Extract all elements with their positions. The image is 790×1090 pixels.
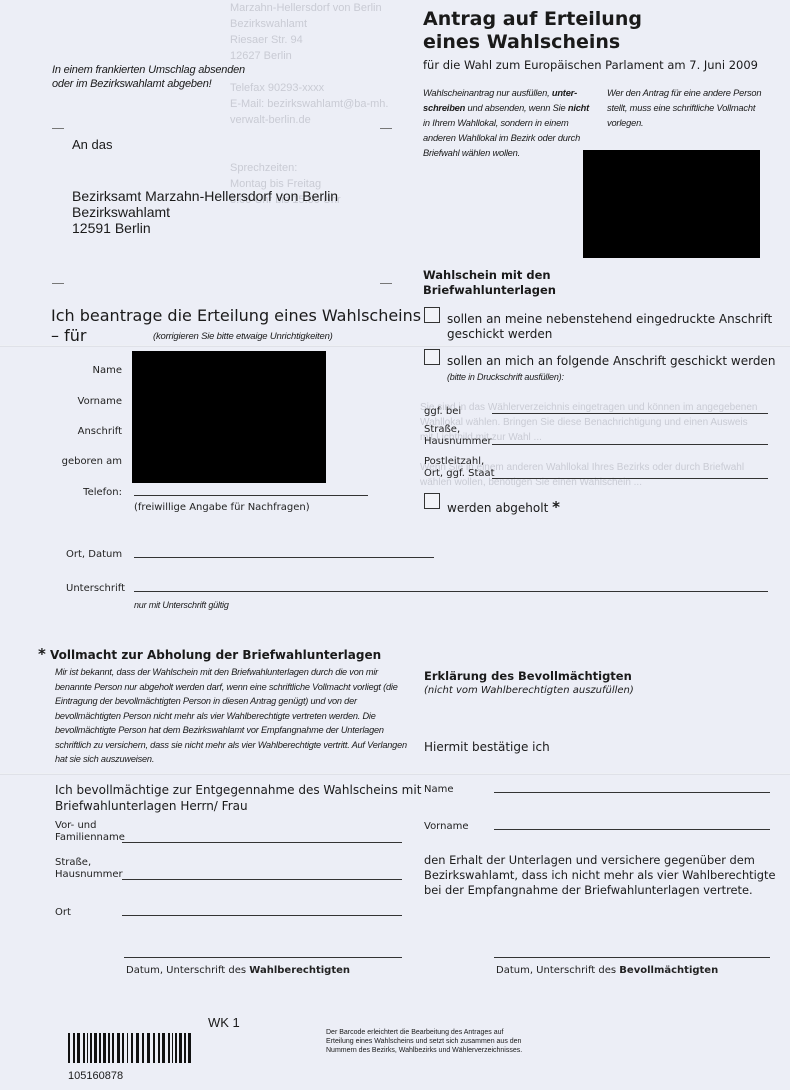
- barcode-bar: [117, 1033, 120, 1063]
- label-declarant-name: Name: [424, 784, 454, 796]
- barcode-bar: [122, 1033, 124, 1063]
- barcode: [68, 1033, 195, 1064]
- barcode-bar: [77, 1033, 80, 1063]
- barcode-bar: [162, 1033, 165, 1063]
- note-text: in Ihrem Wahllokal, sondern in einem and…: [423, 118, 580, 158]
- label-proxy-name: Vor- und Familienname: [55, 820, 125, 844]
- instruction-line: oder im Bezirkswahlamt abgeben!: [52, 77, 245, 91]
- authorization-statement: Ich bevollmächtige zur Entgegennahme des…: [55, 782, 421, 814]
- ggf-bei-field[interactable]: [492, 401, 768, 414]
- label-name: Name: [40, 365, 122, 377]
- label-line: Vor- und: [55, 820, 125, 832]
- voter-signature-line[interactable]: [124, 957, 402, 958]
- confirmation-text: Hiermit bestätige ich: [424, 740, 550, 754]
- fold-line: [0, 773, 790, 775]
- proxy-signature-label: Datum, Unterschrift des Bevollmächtigten: [496, 965, 718, 977]
- label-plz-ort: Postleitzahl, Ort, ggf. Staat: [424, 456, 495, 480]
- checkbox-pickup[interactable]: [424, 493, 440, 509]
- redacted-personal-data: [132, 351, 326, 483]
- correction-hint: (korrigieren Sie bitte etwaige Unrichtig…: [153, 331, 333, 342]
- label-telefon: Telefon:: [40, 487, 122, 499]
- label-line: Straße,: [424, 424, 492, 436]
- barcode-bar: [99, 1033, 101, 1063]
- proxy-ort-field[interactable]: [122, 903, 402, 916]
- recipient-line: Bezirkswahlamt: [72, 204, 338, 220]
- redacted-address-block: [583, 150, 760, 258]
- barcode-bar: [175, 1033, 177, 1063]
- barcode-bar: [127, 1033, 128, 1063]
- show-through-text: Marzahn-Hellersdorf von BerlinBezirkswah…: [230, 0, 389, 208]
- recipient-address: Bezirksamt Marzahn-Hellersdorf von Berli…: [72, 188, 338, 236]
- barcode-bar: [131, 1033, 133, 1063]
- title-line: eines Wahlscheins: [423, 31, 642, 54]
- barcode-bar: [179, 1033, 182, 1063]
- label-declarant-vorname: Vorname: [424, 821, 468, 833]
- barcode-note: Der Barcode erleichtert die Bearbeitung …: [326, 1028, 526, 1055]
- window-mark: [52, 283, 64, 284]
- window-mark: [380, 128, 392, 129]
- barcode-bar: [112, 1033, 114, 1063]
- statement-line: Briefwahlunterlagen Herrn/ Frau: [55, 798, 421, 814]
- barcode-bar: [168, 1033, 170, 1063]
- strasse-field[interactable]: [492, 432, 768, 445]
- barcode-bar: [153, 1033, 155, 1063]
- ort-datum-field[interactable]: [134, 545, 434, 558]
- option-send-to-printed-address: sollen an meine nebenstehend eingedruckt…: [447, 312, 772, 342]
- recipient-line: 12591 Berlin: [72, 220, 338, 236]
- barcode-bar: [87, 1033, 88, 1063]
- barcode-bar: [142, 1033, 144, 1063]
- label-unterschrift: Unterschrift: [66, 583, 125, 595]
- wk-code: WK 1: [208, 1015, 240, 1030]
- mailing-instruction: In einem frankierten Umschlag absenden o…: [52, 63, 245, 91]
- barcode-bar: [94, 1033, 97, 1063]
- delivery-heading: Wahlschein mit den Briefwahlunterlagen: [423, 268, 556, 298]
- label-line: Hausnummer: [55, 869, 123, 881]
- document-subtitle: für die Wahl zum Europäischen Parlament …: [423, 58, 758, 72]
- barcode-bar: [172, 1033, 173, 1063]
- barcode-bar: [108, 1033, 110, 1063]
- option-text: sollen an meine nebenstehend eingedruckt…: [447, 312, 772, 327]
- heading-line: Briefwahlunterlagen: [423, 283, 556, 298]
- barcode-bar: [184, 1033, 186, 1063]
- label-line: Hausnummer: [424, 436, 492, 448]
- asterisk-icon: *: [552, 498, 560, 516]
- telefon-field[interactable]: [134, 483, 368, 496]
- label-text: Datum, Unterschrift des: [496, 965, 619, 976]
- heading-line: Ich beantrage die Erteilung eines Wahlsc…: [51, 306, 421, 326]
- window-mark: [52, 128, 64, 129]
- unterschrift-field[interactable]: [134, 579, 768, 592]
- instruction-line: In einem frankierten Umschlag absenden: [52, 63, 245, 77]
- barcode-bar: [90, 1033, 92, 1063]
- note-text: und absenden, wenn Sie: [465, 103, 568, 113]
- note-emphasis: nicht: [568, 103, 589, 113]
- label-ggf-bei: ggf. bei: [424, 406, 461, 418]
- label-text: Datum, Unterschrift des: [126, 965, 249, 976]
- option-text: werden abgeholt: [447, 501, 548, 515]
- print-hint: (bitte in Druckschrift ausfüllen):: [447, 372, 564, 382]
- recipient-salutation: An das: [72, 137, 112, 152]
- proxy-heading: * Vollmacht zur Abholung der Briefwahlun…: [38, 645, 381, 663]
- label-ort-datum: Ort, Datum: [66, 549, 122, 561]
- label-line: Straße,: [55, 857, 123, 869]
- window-mark: [380, 283, 392, 284]
- proxy-signature-line[interactable]: [494, 957, 770, 958]
- declaration-heading: Erklärung des Bevollmächtigten: [424, 669, 632, 683]
- option-pickup: werden abgeholt *: [447, 498, 560, 516]
- label-emphasis: Bevollmächtigten: [619, 965, 718, 976]
- label-anschrift: Anschrift: [40, 426, 122, 438]
- title-line: Antrag auf Erteilung: [423, 8, 642, 31]
- declaration-subheading: (nicht vom Wahlberechtigten auszufüllen): [424, 685, 634, 696]
- telefon-hint: (freiwillige Angabe für Nachfragen): [134, 502, 310, 514]
- label-line: Familienname: [55, 832, 125, 844]
- proxy-name-field[interactable]: [122, 830, 402, 843]
- document-title: Antrag auf Erteilung eines Wahlscheins: [423, 8, 642, 54]
- recipient-line: Bezirksamt Marzahn-Hellersdorf von Berli…: [72, 188, 338, 204]
- barcode-bar: [158, 1033, 160, 1063]
- proxy-heading-text: Vollmacht zur Abholung der Briefwahlunte…: [50, 648, 381, 662]
- voter-signature-label: Datum, Unterschrift des Wahlberechtigten: [126, 965, 350, 977]
- barcode-bar: [136, 1033, 139, 1063]
- proxy-text: Mir ist bekannt, dass der Wahlschein mit…: [55, 665, 407, 767]
- label-line: Postleitzahl,: [424, 456, 495, 468]
- signature-hint: nur mit Unterschrift gültig: [134, 600, 229, 610]
- proxy-note: Wer den Antrag für eine andere Person st…: [607, 86, 782, 131]
- label-geboren-am: geboren am: [20, 456, 122, 468]
- checkbox-send-to-other-address[interactable]: [424, 349, 440, 365]
- barcode-bar: [147, 1033, 150, 1063]
- declaration-statement: den Erhalt der Unterlagen und versichere…: [424, 853, 784, 898]
- label-emphasis: Wahlberechtigten: [249, 965, 350, 976]
- label-proxy-ort: Ort: [55, 907, 71, 919]
- label-vorname: Vorname: [40, 396, 122, 408]
- proxy-strasse-field[interactable]: [122, 867, 402, 880]
- declarant-vorname-field[interactable]: [494, 817, 770, 830]
- label-proxy-strasse: Straße, Hausnummer: [55, 857, 123, 881]
- asterisk-icon: *: [38, 645, 46, 663]
- plz-ort-field[interactable]: [492, 466, 768, 479]
- barcode-bar: [103, 1033, 106, 1063]
- barcode-bar: [73, 1033, 75, 1063]
- heading-line: Wahlschein mit den: [423, 268, 556, 283]
- statement-line: Ich bevollmächtige zur Entgegennahme des…: [55, 782, 421, 798]
- checkbox-send-to-printed-address[interactable]: [424, 307, 440, 323]
- label-strasse: Straße, Hausnummer: [424, 424, 492, 448]
- declarant-name-field[interactable]: [494, 780, 770, 793]
- option-text: geschickt werden: [447, 327, 772, 342]
- note-text: Wahlscheinantrag nur ausfüllen,: [423, 88, 552, 98]
- option-send-to-other-address: sollen an mich an folgende Anschrift ges…: [447, 354, 775, 368]
- barcode-number: 105160878: [68, 1070, 123, 1082]
- barcode-bar: [83, 1033, 85, 1063]
- barcode-bar: [68, 1033, 70, 1063]
- label-line: Ort, ggf. Staat: [424, 468, 495, 480]
- instructions-note: Wahlscheinantrag nur ausfüllen, unter-sc…: [423, 86, 595, 161]
- barcode-bar: [188, 1033, 191, 1063]
